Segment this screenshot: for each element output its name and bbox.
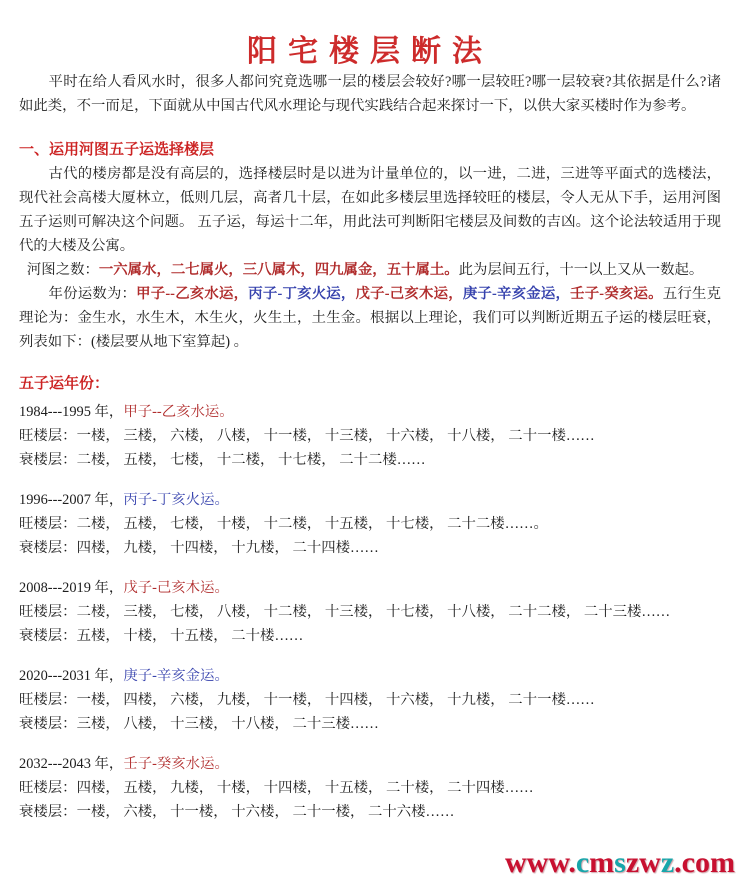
yunshu-runs: 甲子--乙亥水运，丙子-丁亥火运，戊子-己亥木运，庚子-辛亥金运，壬子-癸亥运。 xyxy=(136,286,663,302)
hetu-suffix: 此为层间五行，十一以上又从一数起。 xyxy=(459,262,704,278)
period-shuai-line: 衰楼层：五楼， 十楼， 十五楼， 二十楼…… xyxy=(19,624,721,648)
shuai-list: 一楼， 六楼， 十一楼， 十六楼， 二十一楼， 二十六楼…… xyxy=(77,804,455,820)
shuai-list: 五楼， 十楼， 十五楼， 二十楼…… xyxy=(77,628,304,644)
period-wang-line: 旺楼层：二楼， 三楼， 七楼， 八楼， 十二楼， 十三楼， 十七楼， 十八楼， … xyxy=(19,600,721,624)
period-block: 2032---2043 年，壬子-癸亥水运。旺楼层：四楼， 五楼， 九楼， 十楼… xyxy=(19,752,721,824)
wang-list: 一楼， 三楼， 六楼， 八楼， 十一楼， 十三楼， 十六楼， 十八楼， 二十一楼… xyxy=(77,428,595,444)
period-years: 2020---2031 年， xyxy=(19,668,123,684)
watermark-letter: w xyxy=(527,846,549,879)
hetu-line: 河图之数：一六属水，二七属火，三八属木，四九属金，五十属土。此为层间五行，十一以… xyxy=(19,258,721,282)
period-years: 2032---2043 年， xyxy=(19,756,123,772)
wang-list: 二楼， 三楼， 七楼， 八楼， 十二楼， 十三楼， 十七楼， 十八楼， 二十二楼… xyxy=(77,604,671,620)
period-shuai-line: 衰楼层：一楼， 六楼， 十一楼， 十六楼， 二十一楼， 二十六楼…… xyxy=(19,800,721,824)
yunshu-run: 壬子-癸亥运。 xyxy=(570,286,663,302)
watermark-letter: m xyxy=(710,846,735,879)
period-wang-line: 旺楼层：一楼， 三楼， 六楼， 八楼， 十一楼， 十三楼， 十六楼， 十八楼， … xyxy=(19,424,721,448)
wang-label: 旺楼层： xyxy=(19,604,77,620)
period-year-line: 2020---2031 年，庚子-辛亥金运。 xyxy=(19,664,721,688)
yunshu-run: 庚子-辛亥金运， xyxy=(463,286,570,302)
period-wang-line: 旺楼层：一楼， 四楼， 六楼， 九楼， 十一楼， 十四楼， 十六楼， 十九楼， … xyxy=(19,688,721,712)
period-run-name: 丙子-丁亥火运。 xyxy=(123,492,229,508)
period-shuai-line: 衰楼层：二楼， 五楼， 七楼， 十二楼， 十七楼， 二十二楼…… xyxy=(19,448,721,472)
watermark-letter: . xyxy=(674,846,682,879)
wang-label: 旺楼层： xyxy=(19,516,77,532)
shuai-label: 衰楼层： xyxy=(19,716,77,732)
period-year-line: 2008---2019 年，戊子-己亥木运。 xyxy=(19,576,721,600)
shuai-list: 四楼， 九楼， 十四楼， 十九楼， 二十四楼…… xyxy=(77,540,379,556)
watermark-letter: z xyxy=(626,846,639,879)
shuai-list: 三楼， 八楼， 十三楼， 十八楼， 二十三楼…… xyxy=(77,716,379,732)
period-block: 2020---2031 年，庚子-辛亥金运。旺楼层：一楼， 四楼， 六楼， 九楼… xyxy=(19,664,721,736)
period-years: 1984---1995 年， xyxy=(19,404,123,420)
hetu-highlight: 一六属水，二七属火，三八属木，四九属金，五十属土。 xyxy=(99,262,459,278)
shuai-label: 衰楼层： xyxy=(19,452,77,468)
document-page: 阳宅楼层断法 平时在给人看风水时，很多人都问究竟选哪一层的楼层会较好?哪一层较旺… xyxy=(0,0,741,824)
watermark-letter: w xyxy=(548,846,568,879)
yunshu-run: 甲子--乙亥水运， xyxy=(136,286,248,302)
period-shuai-line: 衰楼层：三楼， 八楼， 十三楼， 十八楼， 二十三楼…… xyxy=(19,712,721,736)
section-heading: 一、运用河图五子运选择楼层 xyxy=(19,140,721,160)
period-years: 1996---2007 年， xyxy=(19,492,123,508)
watermark-letter: w xyxy=(639,846,661,879)
yunshu-paragraph: 年份运数为：甲子--乙亥水运，丙子-丁亥火运，戊子-己亥木运，庚子-辛亥金运，壬… xyxy=(19,282,721,354)
period-year-line: 1996---2007 年，丙子-丁亥火运。 xyxy=(19,488,721,512)
period-run-name: 甲子--乙亥水运。 xyxy=(123,404,233,420)
wang-list: 一楼， 四楼， 六楼， 九楼， 十一楼， 十四楼， 十六楼， 十九楼， 二十一楼… xyxy=(77,692,595,708)
watermark-letter: w xyxy=(505,846,527,879)
section-paragraph: 古代的楼房都是没有高层的，选择楼层时是以进为计量单位的，以一进，二进，三进等平面… xyxy=(19,162,721,258)
watermark-letter: c xyxy=(576,846,589,879)
watermark-letter: m xyxy=(589,846,614,879)
period-year-line: 1984---1995 年，甲子--乙亥水运。 xyxy=(19,400,721,424)
watermark-letter: o xyxy=(695,846,710,879)
yunshu-run: 戊子-己亥木运， xyxy=(356,286,463,302)
periods-heading: 五子运年份： xyxy=(19,374,721,394)
shuai-label: 衰楼层： xyxy=(19,804,77,820)
wang-list: 四楼， 五楼， 九楼， 十楼， 十四楼， 十五楼， 二十楼， 二十四楼…… xyxy=(77,780,534,796)
period-block: 1984---1995 年，甲子--乙亥水运。旺楼层：一楼， 三楼， 六楼， 八… xyxy=(19,400,721,472)
wang-list: 二楼， 五楼， 七楼， 十楼， 十二楼， 十五楼， 十七楼， 二十二楼……。 xyxy=(77,516,548,532)
hetu-prefix: 河图之数： xyxy=(27,262,99,278)
watermark-logo: www.cmszwz.com xyxy=(505,846,735,880)
period-year-line: 2032---2043 年，壬子-癸亥水运。 xyxy=(19,752,721,776)
wang-label: 旺楼层： xyxy=(19,428,77,444)
watermark-letter: s xyxy=(614,846,626,879)
shuai-label: 衰楼层： xyxy=(19,540,77,556)
period-wang-line: 旺楼层：四楼， 五楼， 九楼， 十楼， 十四楼， 十五楼， 二十楼， 二十四楼…… xyxy=(19,776,721,800)
period-years: 2008---2019 年， xyxy=(19,580,123,596)
shuai-list: 二楼， 五楼， 七楼， 十二楼， 十七楼， 二十二楼…… xyxy=(77,452,426,468)
period-shuai-line: 衰楼层：四楼， 九楼， 十四楼， 十九楼， 二十四楼…… xyxy=(19,536,721,560)
period-block: 1996---2007 年，丙子-丁亥火运。旺楼层：二楼， 五楼， 七楼， 十楼… xyxy=(19,488,721,560)
wang-label: 旺楼层： xyxy=(19,780,77,796)
period-run-name: 庚子-辛亥金运。 xyxy=(123,668,229,684)
period-run-name: 戊子-己亥木运。 xyxy=(123,580,229,596)
intro-paragraph: 平时在给人看风水时，很多人都问究竟选哪一层的楼层会较好?哪一层较旺?哪一层较衰?… xyxy=(19,70,721,118)
period-run-name: 壬子-癸亥水运。 xyxy=(123,756,229,772)
watermark-letter: c xyxy=(682,846,695,879)
period-block: 2008---2019 年，戊子-己亥木运。旺楼层：二楼， 三楼， 七楼， 八楼… xyxy=(19,576,721,648)
wang-label: 旺楼层： xyxy=(19,692,77,708)
page-title: 阳宅楼层断法 xyxy=(19,26,721,70)
periods-list: 1984---1995 年，甲子--乙亥水运。旺楼层：一楼， 三楼， 六楼， 八… xyxy=(19,400,721,824)
watermark-letter: z xyxy=(661,846,674,879)
yunshu-prefix: 年份运数为： xyxy=(49,286,137,302)
watermark-letter: . xyxy=(568,846,576,879)
period-wang-line: 旺楼层：二楼， 五楼， 七楼， 十楼， 十二楼， 十五楼， 十七楼， 二十二楼…… xyxy=(19,512,721,536)
shuai-label: 衰楼层： xyxy=(19,628,77,644)
yunshu-run: 丙子-丁亥火运， xyxy=(248,286,355,302)
